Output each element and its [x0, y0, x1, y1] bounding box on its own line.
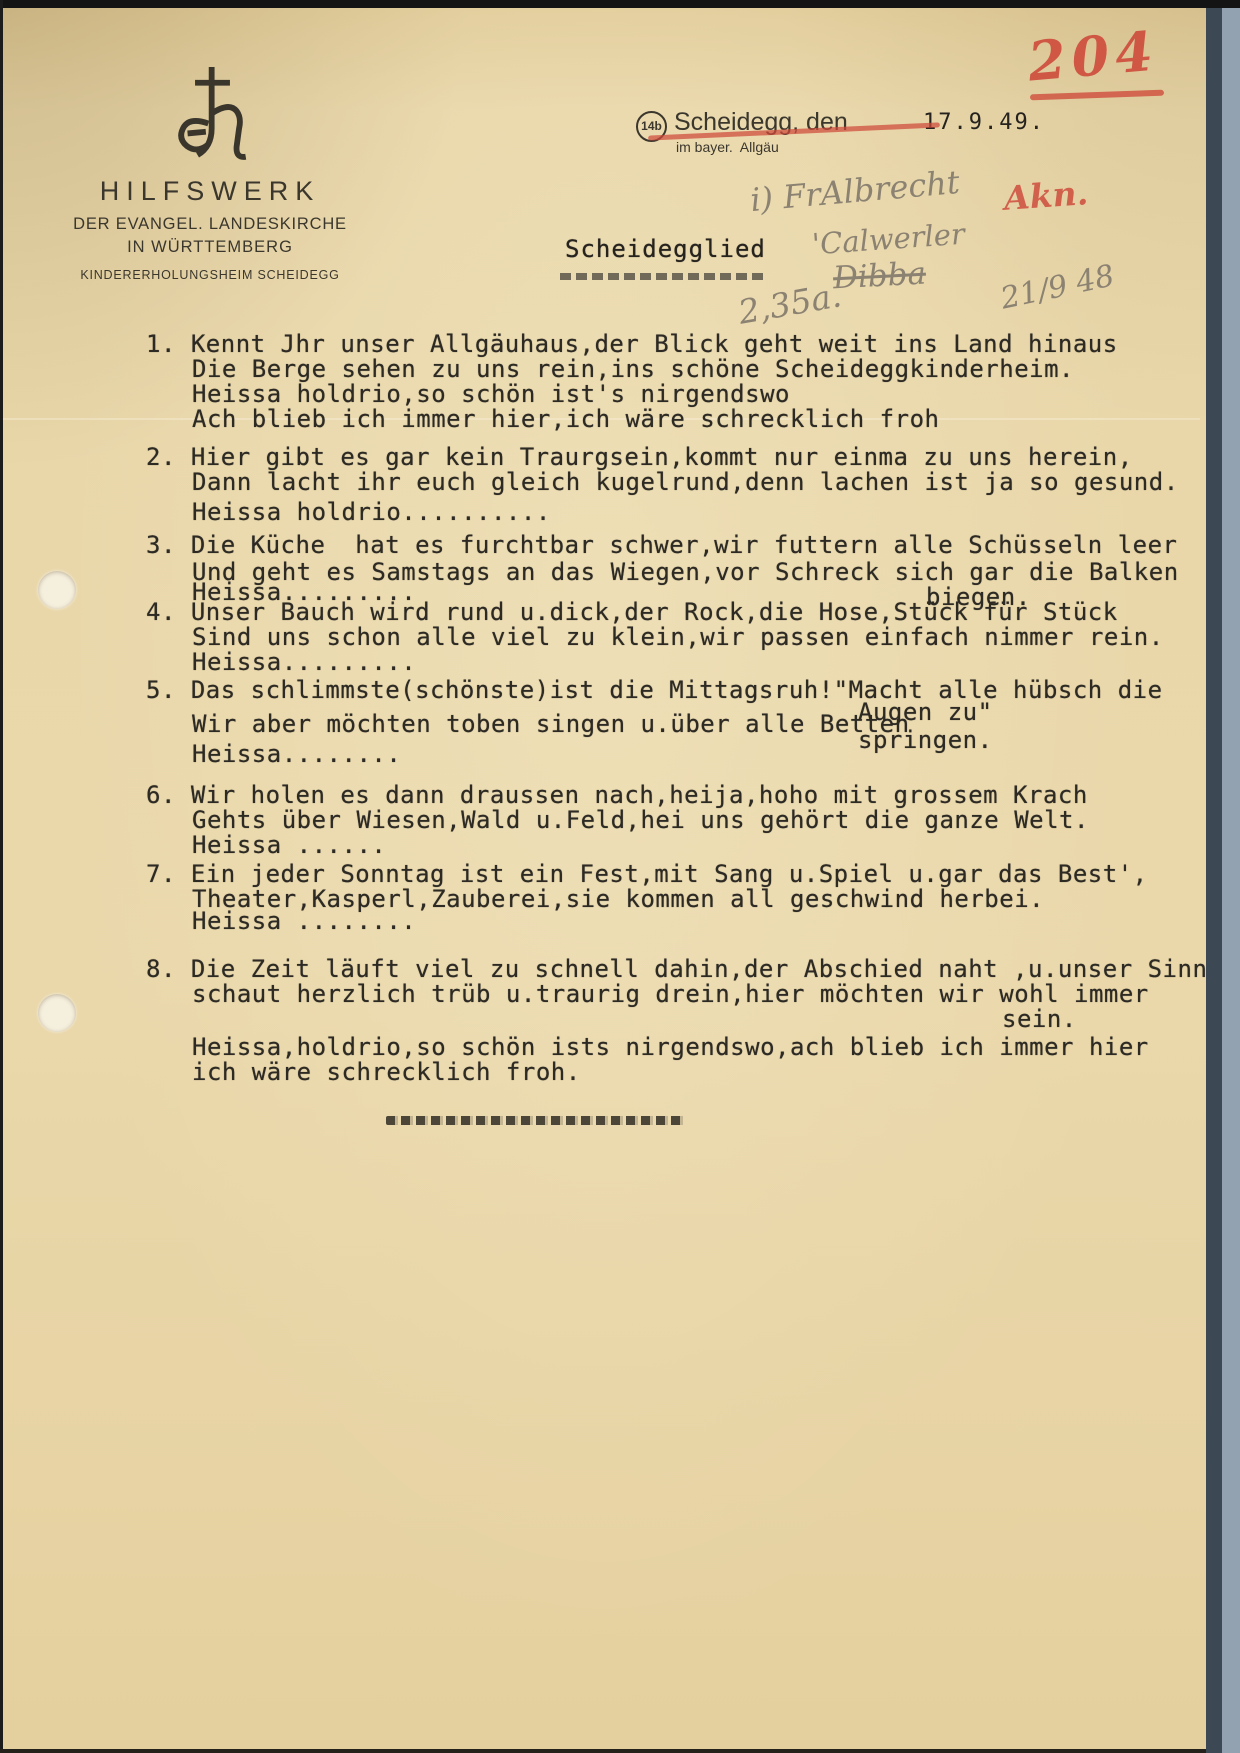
verse-line: schaut herzlich trüb u.traurig drein,hie… — [192, 982, 1202, 1007]
org-line3: IN WÜRTTEMBERG — [55, 238, 365, 257]
scanner-background — [1222, 0, 1240, 1753]
org-name: HILFSWERK — [55, 176, 365, 207]
verse-line: 5. Das schlimmste(schönste)ist die Mitta… — [192, 678, 1202, 703]
verse-line: Heissa......... — [192, 650, 1202, 675]
verse-6: 6. Wir holen es dann draussen nach,heija… — [146, 783, 1202, 858]
verse-line: 1. Kennt Jhr unser Allgäuhaus,der Blick … — [192, 332, 1202, 357]
org-line2: DER EVANGEL. LANDESKIRCHE — [55, 215, 365, 234]
verse-line: ich wäre schrecklich froh. — [192, 1060, 1202, 1085]
page-title: Scheidegglied — [565, 235, 766, 263]
verse-line: Die Berge sehen zu uns rein,ins schöne S… — [192, 357, 1202, 382]
verse-2: 2. Hier gibt es gar kein Traurgsein,komm… — [146, 445, 1202, 525]
page-edge-shadow — [1206, 0, 1222, 1753]
verse-line: Heissa holdrio,so schön ist's nirgendswo — [192, 382, 1202, 407]
verse-line: Heissa,holdrio,so schön ists nirgendswo,… — [192, 1035, 1202, 1060]
verse-line: Wir aber möchten toben singen u.über all… — [192, 712, 1202, 737]
punch-hole-bottom — [38, 994, 76, 1032]
scanned-letter-page: HILFSWERK DER EVANGEL. LANDESKIRCHE IN W… — [0, 0, 1206, 1753]
verse-line: 6. Wir holen es dann draussen nach,heija… — [192, 783, 1202, 808]
verse-4: 4. Unser Bauch wird rund u.dick,der Rock… — [146, 600, 1202, 675]
dateline-place-sub: im bayer. Allgäu — [676, 139, 779, 155]
verse-5: 5. Das schlimmste(schönste)ist die Mitta… — [146, 678, 1202, 767]
verse-line: Ach blieb ich immer hier,ich wäre schrec… — [192, 407, 1202, 432]
typed-date: 17.9.49. — [923, 110, 1045, 135]
verse-1: 1. Kennt Jhr unser Allgäuhaus,der Blick … — [146, 332, 1202, 432]
verse-3: 3. Die Küche hat es furchtbar schwer,wir… — [146, 533, 1202, 605]
verse-8: 8. Die Zeit läuft viel zu schnell dahin,… — [146, 957, 1202, 1085]
pencil-note-name: i) FrAlbrecht — [749, 163, 961, 219]
org-line4: KINDERERHOLUNGSHEIM SCHEIDEGG — [55, 268, 365, 282]
verse-line: Heissa........ — [192, 742, 1202, 767]
verse-line: 7. Ein jeder Sonntag ist ein Fest,mit Sa… — [192, 862, 1202, 887]
punch-hole-top — [38, 571, 76, 609]
verse-line: 2. Hier gibt es gar kein Traurgsein,komm… — [192, 445, 1202, 470]
pencil-note-number: 2,35a. — [735, 275, 844, 331]
verse-line-overflow: sein. — [1002, 1007, 1077, 1032]
verse-line: Dann lacht ihr euch gleich kugelrund,den… — [192, 470, 1202, 495]
verse-line: 8. Die Zeit läuft viel zu schnell dahin,… — [192, 957, 1202, 982]
verse-line: Gehts über Wiesen,Wald u.Feld,hei uns ge… — [192, 808, 1202, 833]
pencil-note-date: 21/9 48 — [998, 258, 1118, 316]
verse-line: 3. Die Küche hat es furchtbar schwer,wir… — [192, 533, 1202, 558]
eh-cross-monogram-icon — [162, 62, 258, 170]
pencil-note-struck: Dibba — [832, 256, 927, 297]
letterhead: HILFSWERK DER EVANGEL. LANDESKIRCHE IN W… — [55, 62, 365, 282]
verse-7: 7. Ein jeder Sonntag ist ein Fest,mit Sa… — [146, 862, 1202, 934]
verse-line: Heissa ...... — [192, 833, 1202, 858]
verse-line: Sind uns schon alle viel zu klein,wir pa… — [192, 625, 1202, 650]
verse-line: Heissa holdrio.......... — [192, 500, 1202, 525]
scan-edge-left — [0, 0, 3, 1753]
title-underline — [560, 273, 768, 280]
verse-line-overflow: springen. — [858, 728, 993, 753]
verse-line: 4. Unser Bauch wird rund u.dick,der Rock… — [192, 600, 1202, 625]
red-page-number: 204 — [1025, 18, 1161, 93]
verse-line-overflow: Augen zu" — [858, 700, 993, 725]
typed-divider-line — [386, 1116, 686, 1125]
red-handwritten-note: Akn. — [1003, 173, 1089, 218]
pencil-note-2: 'Calwerler — [811, 217, 966, 262]
scan-edge-top — [0, 0, 1240, 8]
scan-edge-bottom — [0, 1749, 1206, 1753]
